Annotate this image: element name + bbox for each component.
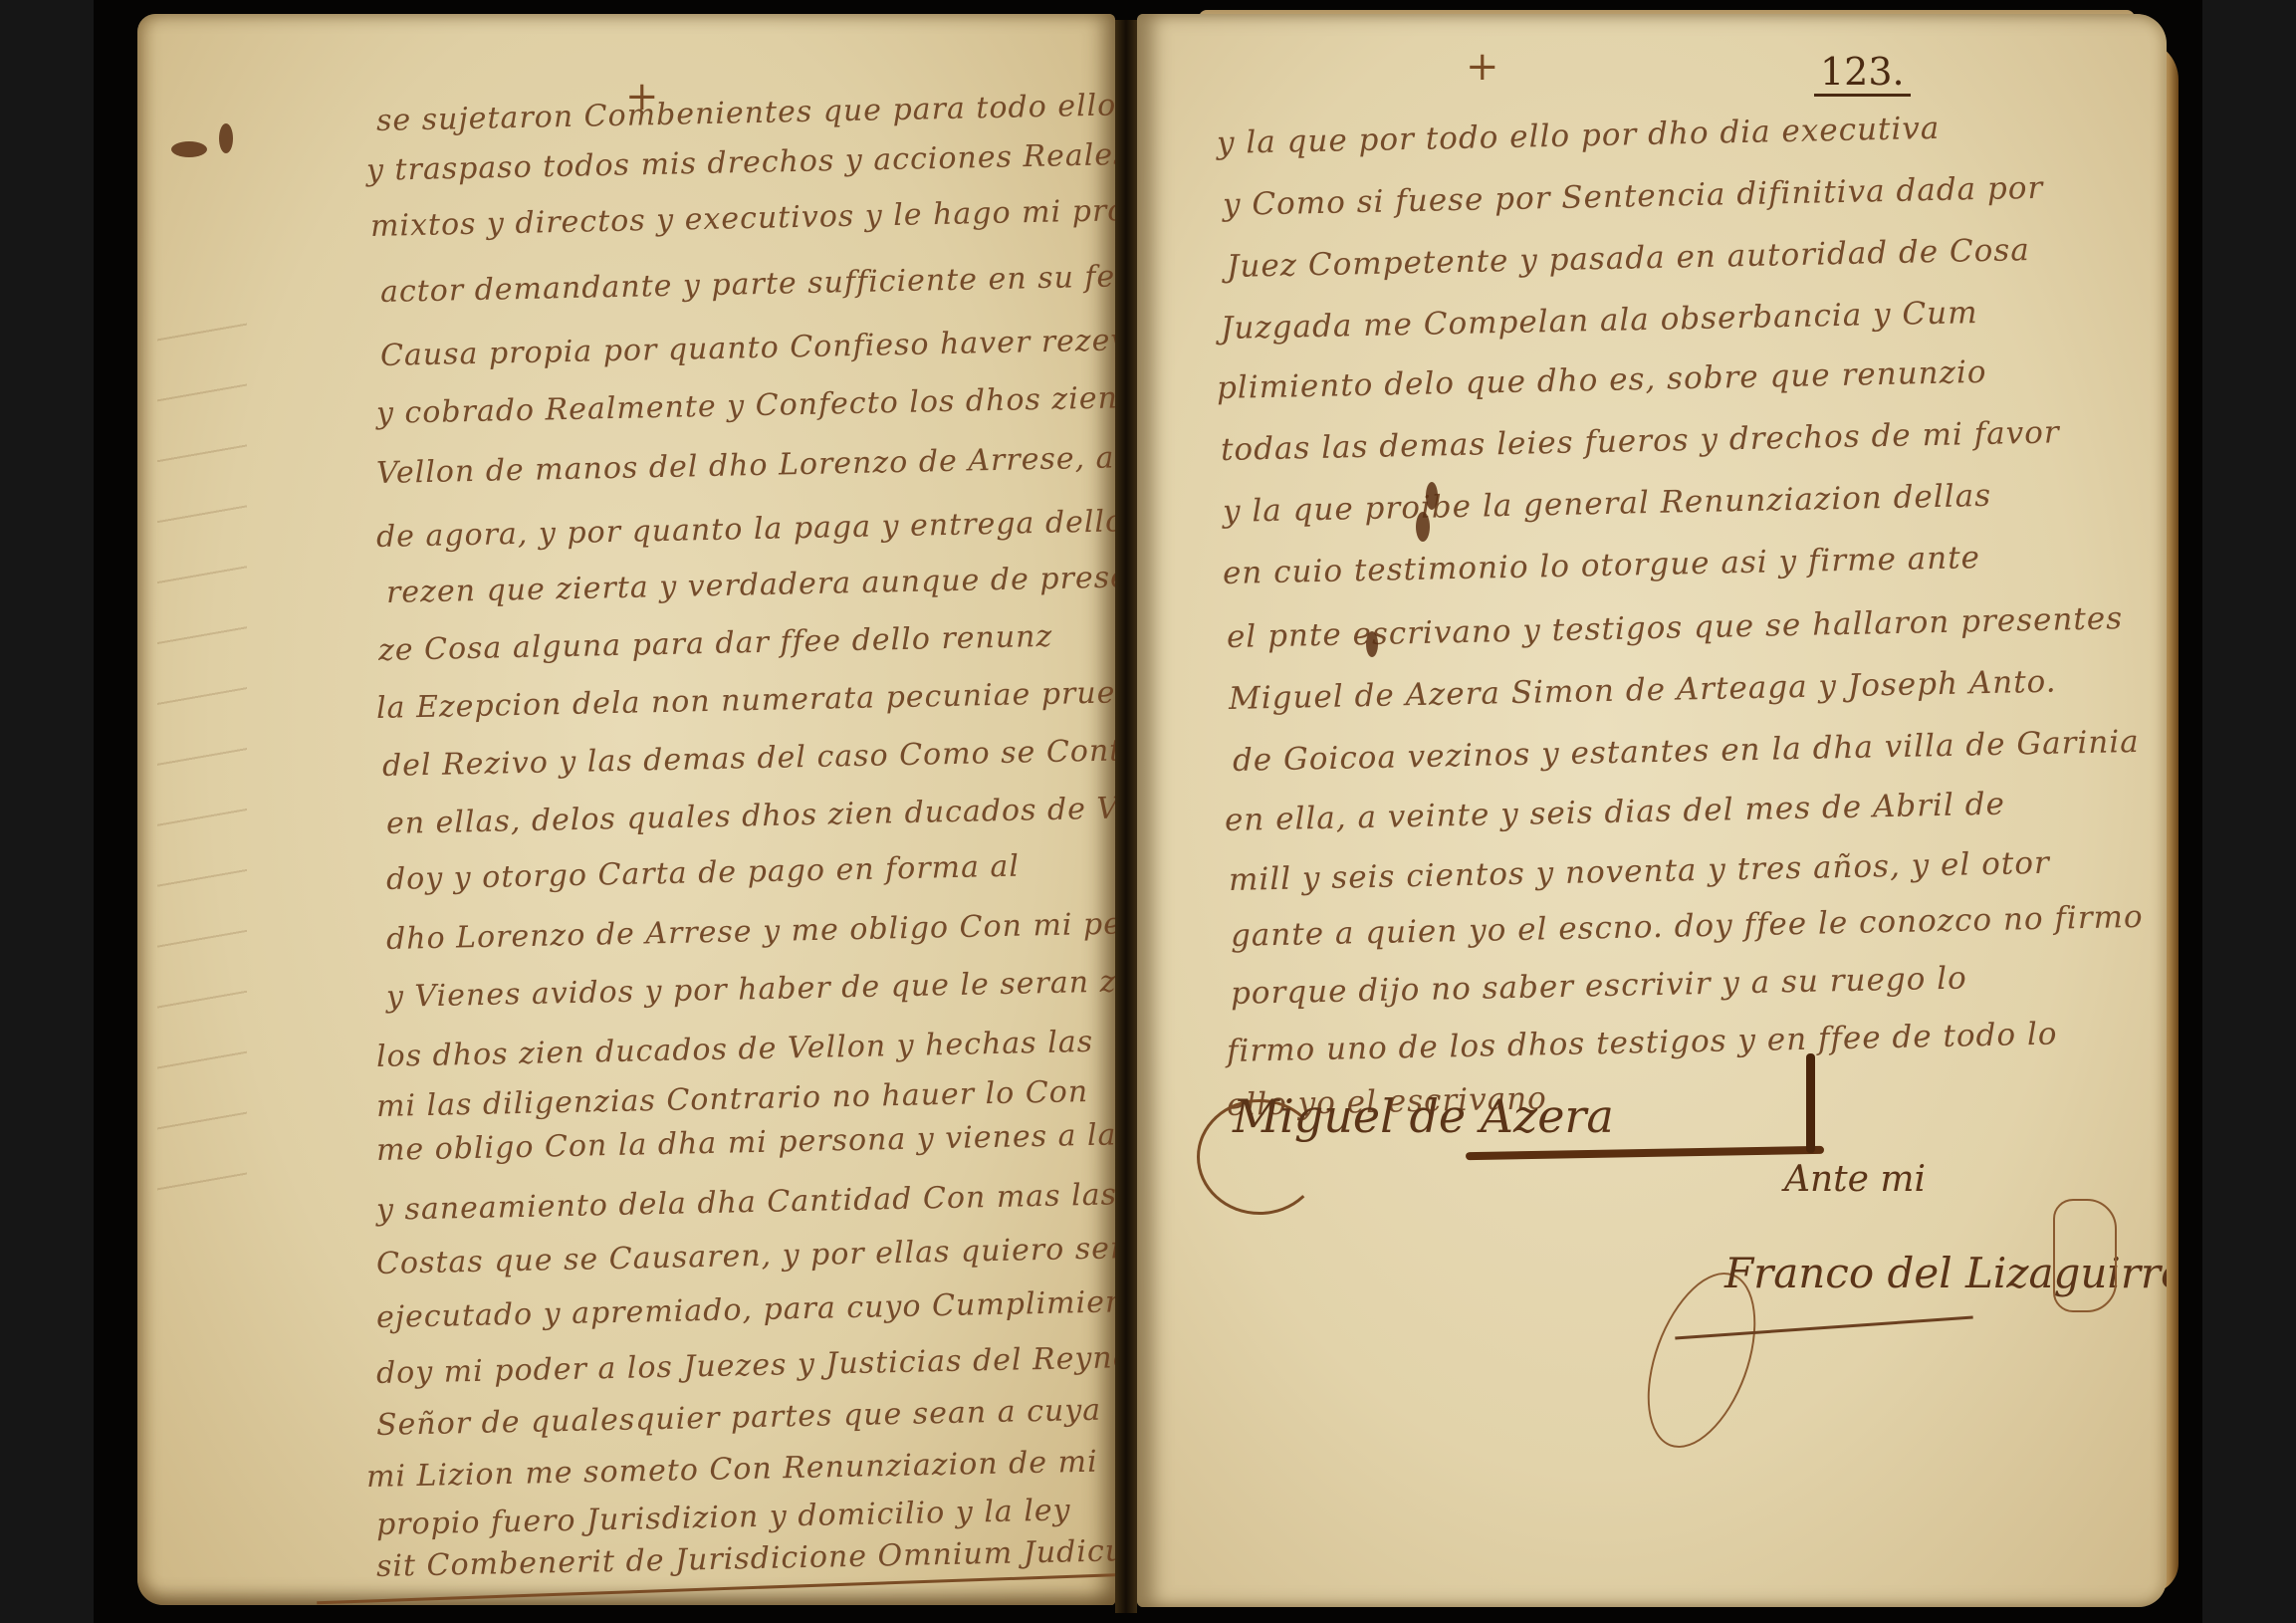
signature-rubric-bar: [1806, 1053, 1815, 1153]
text-line: y traspaso todos mis drechos y acciones …: [366, 134, 1115, 188]
left-page: + se sujetaron Combenientes que para tod…: [137, 14, 1115, 1605]
text-line: en ella, a veinte y seis dias del mes de…: [1225, 787, 2006, 838]
text-line: doy y otorgo Carta de pago en forma al: [386, 849, 1021, 897]
bleed-through-text: [157, 313, 247, 1209]
text-line: me obligo Con la dha mi persona y vienes…: [376, 1115, 1115, 1168]
right-page: + 123. y la que por todo ello por dho di…: [1137, 14, 2167, 1607]
text-line: todas las demas leies fueros y drechos d…: [1221, 414, 2060, 468]
text-line: doy mi poder a los Juezes y Justicias de…: [376, 1340, 1115, 1391]
text-line: del Rezivo y las demas del caso Como se …: [382, 732, 1115, 784]
folio-number: 123.: [1814, 50, 1911, 97]
text-line: dho Lorenzo de Arrese y me obligo Con mi…: [386, 905, 1115, 957]
text-line: Costas que se Causaren, y por ellas quie…: [376, 1231, 1115, 1281]
ink-blot: [1426, 482, 1438, 510]
text-line: Causa propia por quanto Confieso haver r…: [380, 322, 1115, 373]
text-line: Vellon de manos del dho Lorenzo de Arres…: [376, 439, 1115, 491]
text-line: propio fuero Jurisdizion y domicilio y l…: [376, 1493, 1071, 1542]
text-line: y Vienes avidos y por haber de que le se…: [386, 959, 1115, 1015]
text-line: se sujetaron Combenientes que para todo …: [376, 86, 1115, 138]
text-line: Juzgada me Compelan ala obserbancia y Cu…: [1221, 295, 1978, 347]
ink-blot: [1416, 512, 1430, 542]
text-line: mi Lizion me someto Con Renunziazion de …: [366, 1445, 1098, 1495]
book-gutter: [1115, 20, 1137, 1613]
text-line: firmo uno de los dhos testigos y en ffee…: [1227, 1017, 2058, 1069]
cross-mark: +: [1466, 44, 1499, 90]
text-line: Juez Competente y pasada en autoridad de…: [1227, 232, 2030, 285]
ink-blot: [219, 123, 233, 153]
text-line: porque dijo no saber escrivir y a su rue…: [1231, 961, 1968, 1012]
ink-blot: [171, 141, 207, 157]
scan-area: + se sujetaron Combenientes que para tod…: [94, 0, 2202, 1623]
signature-witness: Miguel de Azera: [1233, 1089, 1614, 1143]
text-line: mi las diligenzias Contrario no hauer lo…: [376, 1074, 1089, 1124]
text-line: en cuio testimonio lo otorgue asi y firm…: [1223, 540, 1981, 591]
text-line: la Ezepcion dela non numerata pecuniae p…: [376, 675, 1115, 726]
text-line: y cobrado Realmente y Confecto los dhos …: [376, 377, 1115, 431]
text-line: rezen que zierta y verdadera aunque de p…: [386, 559, 1115, 610]
text-line: de Goicoa vezinos y estantes en la dha v…: [1233, 724, 2140, 779]
text-line: mill y seis cientos y noventa y tres año…: [1229, 845, 2051, 898]
signature-underline: [1466, 1146, 1824, 1160]
text-line: de agora, y por quanto la paga y entrega…: [376, 502, 1115, 555]
text-line: Señor de qualesquier partes que sean a c…: [376, 1393, 1102, 1443]
text-line: gante a quien yo el escno. doy ffee le c…: [1231, 899, 2144, 954]
text-line: actor demandante y parte sufficiente en …: [380, 258, 1115, 310]
text-line: y saneamiento dela dha Cantidad Con mas …: [376, 1177, 1115, 1228]
ink-blot: [1366, 631, 1378, 657]
text-line: ze Cosa alguna para dar ffee dello renun…: [378, 619, 1053, 668]
text-line: mixtos y directos y executivos y le hago…: [370, 190, 1115, 244]
text-line: los dhos zien ducados de Vellon y hechas…: [376, 1025, 1094, 1074]
text-line: plimiento delo que dho es, sobre que ren…: [1217, 354, 1987, 406]
text-line: y Como si fuese por Sentencia difinitiva…: [1223, 170, 2044, 223]
text-line: y la que por todo ello por dho dia execu…: [1217, 111, 1941, 161]
text-line: Miguel de Azera Simon de Arteaga y Josep…: [1229, 664, 2057, 717]
text-line: en ellas, delos quales dhos zien ducados…: [386, 790, 1115, 841]
text-line: y la que proibe la general Renunziazion …: [1223, 478, 1992, 530]
notary-attestation: Ante mi: [1784, 1159, 1926, 1200]
notary-rubric: [2053, 1199, 2117, 1312]
text-line: el pnte escrivano y testigos que se hall…: [1227, 600, 2124, 655]
text-line: ejecutado y apremiado, para cuyo Cumplim…: [376, 1284, 1115, 1335]
